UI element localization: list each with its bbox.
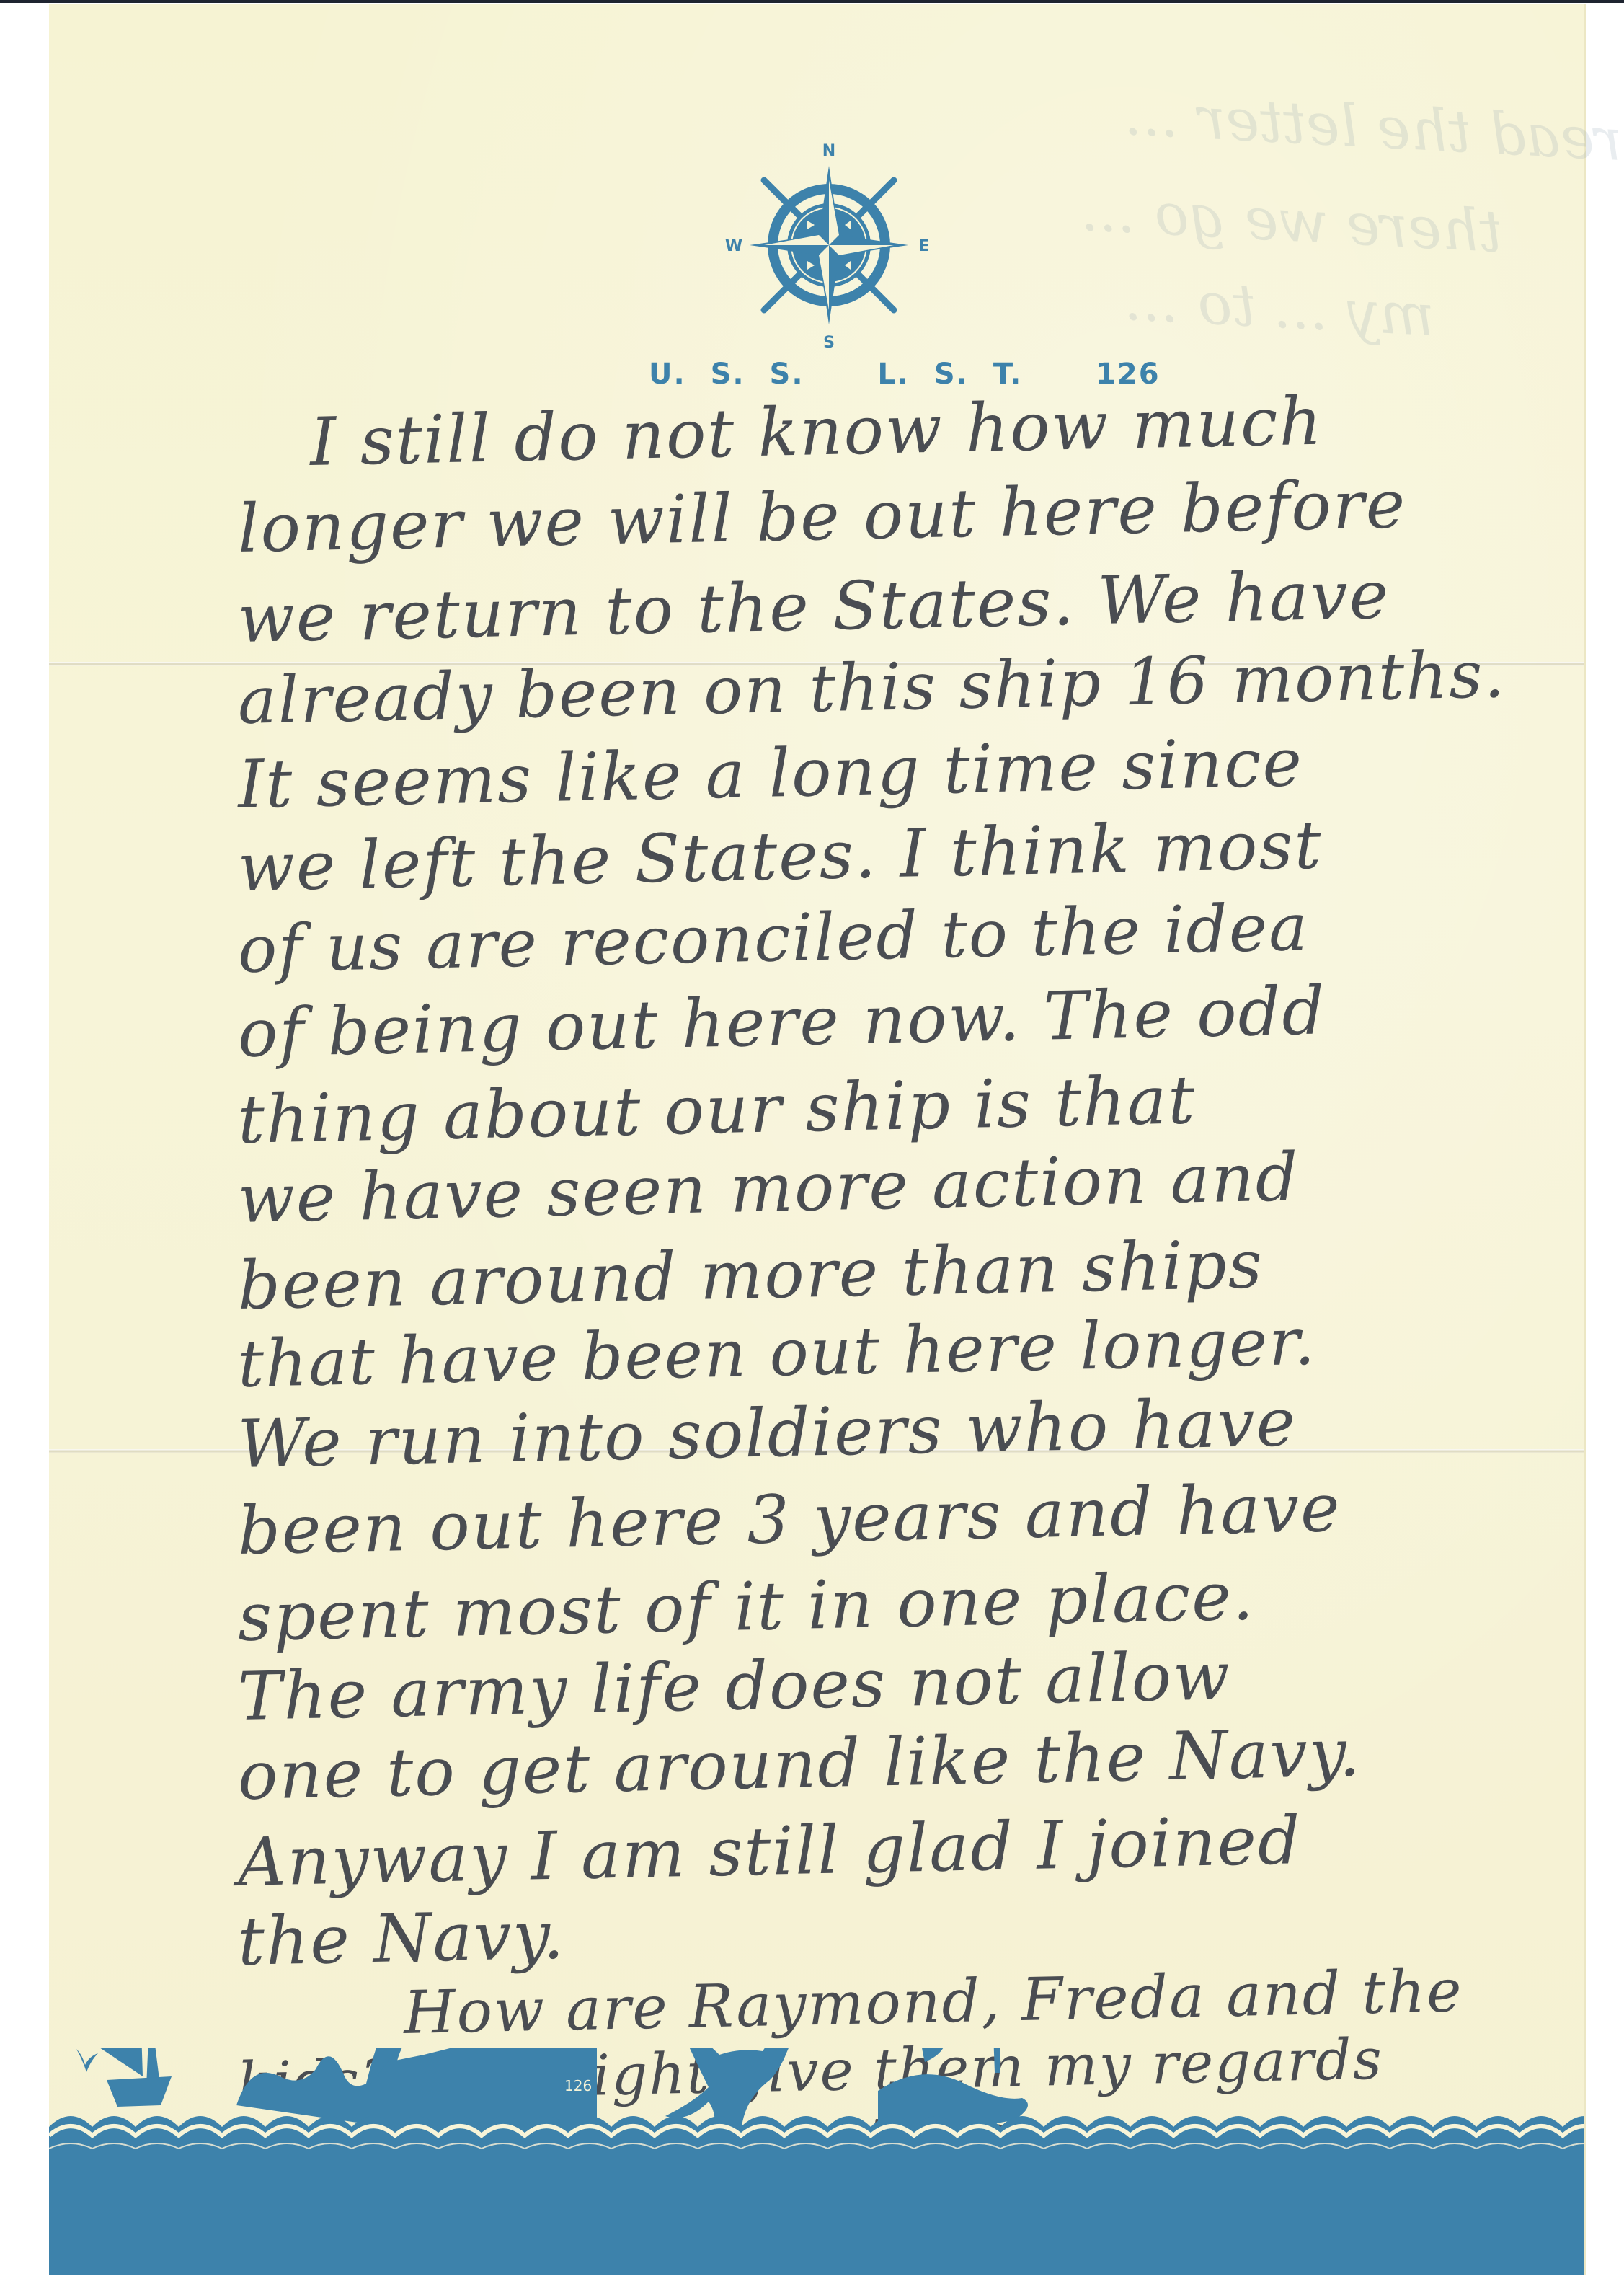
compass-rose-icon: N S E W — [721, 137, 937, 353]
letter-line: the Navy. — [237, 1896, 566, 1980]
scan-edge — [0, 0, 1624, 3]
hull-number: 126 — [564, 2077, 592, 2094]
compass-west-label: W — [725, 237, 742, 255]
compass-south-label: S — [823, 334, 835, 352]
compass-north-label: N — [822, 142, 835, 160]
ship-name: U. S. S. L. S. T. 126 — [649, 358, 1009, 391]
seagull-icon — [76, 2049, 98, 2072]
compass-east-label: E — [918, 237, 929, 255]
diver-in-boat-icon — [878, 2048, 1028, 2129]
letterhead: N S E W U. S. S. L. S. T. 126 — [649, 137, 1009, 391]
sailboat-icon — [99, 2048, 172, 2107]
sea-scene-footer: 126 — [49, 2048, 1584, 2275]
